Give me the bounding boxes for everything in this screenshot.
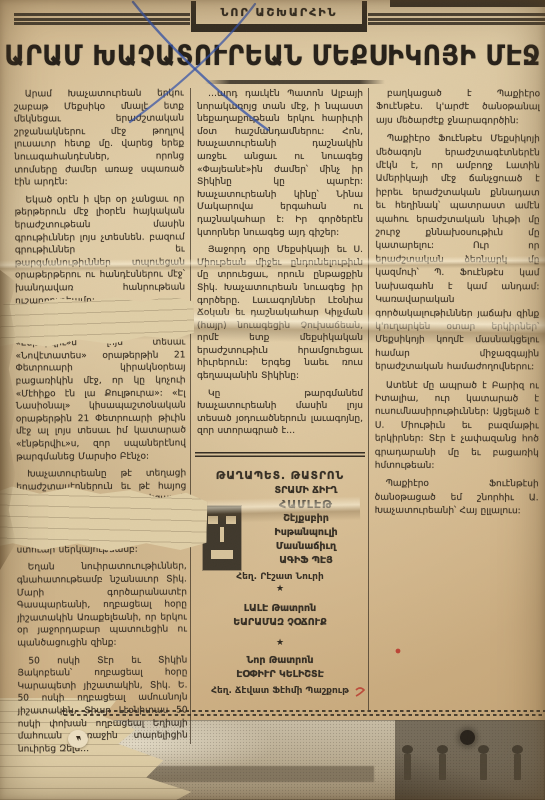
masthead-bracket-box: ՆՈՐ ԱՇԽԱՐՀԻՆ xyxy=(191,1,367,32)
photo-post xyxy=(480,754,487,780)
theatre3-author: Հեղ. Ճէվատ Ֆէհմի Պաշքութ xyxy=(195,686,365,696)
theatre2-play-title: ԵԱՐԱՄԱԶ ՉՕՃՈՒՔ xyxy=(195,616,365,630)
masthead-rule-left xyxy=(14,13,190,25)
theatre-woodcut-logo xyxy=(203,506,241,570)
masthead-title: ՆՈՐ ԱՇԽԱՐՀԻՆ xyxy=(196,6,362,19)
theatre1-name: ԹԱՂԱՊԵՏ. ԹԱՏՐՈՆ xyxy=(195,470,365,482)
newspaper-page: ՆՈՐ ԱՇԽԱՐՀԻՆ ԱՐԱՄ ԽԱՉԱՏՈՒՐԵԱՆ ՄԵՔՍԻԿՈՅԻ … xyxy=(0,0,545,800)
photo-post xyxy=(404,754,411,780)
paragraph: Խաչատուրեանը թէ տեղացի երաժշտասէրներուն … xyxy=(16,468,187,557)
masthead-rule-right xyxy=(368,13,545,25)
column-middle: …արդ դաւկէն Պատոն Ալբայի նորակառոյց տան … xyxy=(197,88,363,452)
paper-hole-spot xyxy=(68,730,88,748)
headline-underline-rule xyxy=(205,80,385,84)
theatre1-author: Հեղ. Րէշատ Նուրի xyxy=(195,572,365,582)
ad-box-top-double-rule xyxy=(195,452,365,457)
photo-post xyxy=(514,754,521,780)
logo-mark xyxy=(208,516,218,524)
paragraph: բաղկացած է Պաքիէրօ Ֆուէնթէս. կ'արժէ ծանօ… xyxy=(376,88,540,129)
column-left: Արամ Խաչատուրեան երկու շաբաթ Մեքսիկօ մնա… xyxy=(14,87,188,798)
theatre3-name: Նոր Թատրոն xyxy=(195,654,365,668)
theatre1-play-title: ՀԱՄԼԷԹ xyxy=(247,498,365,512)
star-separator-icon: ★ xyxy=(195,636,365,650)
logo-mark xyxy=(226,516,236,524)
paragraph: Կատարեցի քանի մը «էնթերվիւ»ներ. միայն որ… xyxy=(15,312,186,464)
top-right-black-bar xyxy=(390,0,545,7)
column-right: բաղկացած է Պաքիէրօ Ֆուէնթէս. կ'արժէ ծանօ… xyxy=(374,88,540,709)
paragraph: Եղան նուիրատուութիւններ, գնահատութեամբ ն… xyxy=(17,561,188,650)
column-divider-right xyxy=(368,88,369,710)
paragraph: Կը թարգմանեմ Խաչատուրեանի մասին լոյս տես… xyxy=(197,388,363,438)
theatre1-line: Մասնաճիւղ xyxy=(247,540,365,554)
logo-mark xyxy=(211,550,233,559)
paragraph: …արդ դաւկէն Պատոն Ալբայի նորակառոյց տան … xyxy=(197,88,363,239)
beaded-separator-rule xyxy=(62,710,545,716)
theatre1-program: ՏՐԱՄԻ ՃԻՒՂ ՀԱՄԼԷԹ Շէյքսբիր Իսթանպուլի Մա… xyxy=(247,484,365,568)
paragraph: Պաքիէրօ Ֆուէնթէսի ծանօթացած եմ շնորհիւ Ա… xyxy=(375,478,539,519)
paragraph-donations-list: 50 ոսկի Տէր եւ Տիկին Յակոբեան՝ ողբացեալ … xyxy=(17,654,188,756)
ink-spot xyxy=(460,730,475,745)
torn-left-edge xyxy=(0,270,16,570)
article-headline: ԱՐԱՄ ԽԱՉԱՏՈՒՐԵԱՆ ՄԵՔՍԻԿՈՅԻ ՄԷՋ xyxy=(4,39,541,71)
theatre1-line: Իսթանպուլի xyxy=(247,526,365,540)
theatre1-line: ՏՐԱՄԻ ՃԻՒՂ xyxy=(247,484,365,498)
paragraph: Ատենէ մը ապրած է Բարիզ ու Իտալիա, ուր կա… xyxy=(375,379,539,473)
logo-mark xyxy=(220,527,224,542)
star-separator-icon: ★ xyxy=(195,582,365,596)
theatre1-line: Շէյքսբիր xyxy=(247,512,365,526)
column-divider-left xyxy=(190,88,191,744)
paragraph: Արամ Խաչատուրեան երկու շաբաթ Մեքսիկօ մնա… xyxy=(14,87,185,189)
paragraph: Եկած օրէն ի վեր օր չանցաւ որ թերթերուն մ… xyxy=(14,193,185,307)
paragraph: Յաջորդ օրը Մեքսիկայի եւ Ս. Միութեան միջե… xyxy=(197,244,363,383)
theatre-ad-box: ԹԱՂԱՊԵՏ. ԹԱՏՐՈՆ ՏՐԱՄԻ ՃԻՒՂ ՀԱՄԼԷԹ Շէյքսբ… xyxy=(195,458,365,708)
photo-post xyxy=(439,754,446,780)
theatre2-name: ԼԱԼԷ Թատրոն xyxy=(195,602,365,616)
theatre3-play-title: ԷՕՓԻՒՐ ԿԵԼԻՇՏԷ xyxy=(195,668,365,682)
paragraph: Պաքիէրօ Ֆուէնթէս Մեքսիկոյի մեծագոյն երաժ… xyxy=(375,133,540,375)
theatre1-line: ԱԳԻՖ ՊԷՅ xyxy=(247,554,365,568)
